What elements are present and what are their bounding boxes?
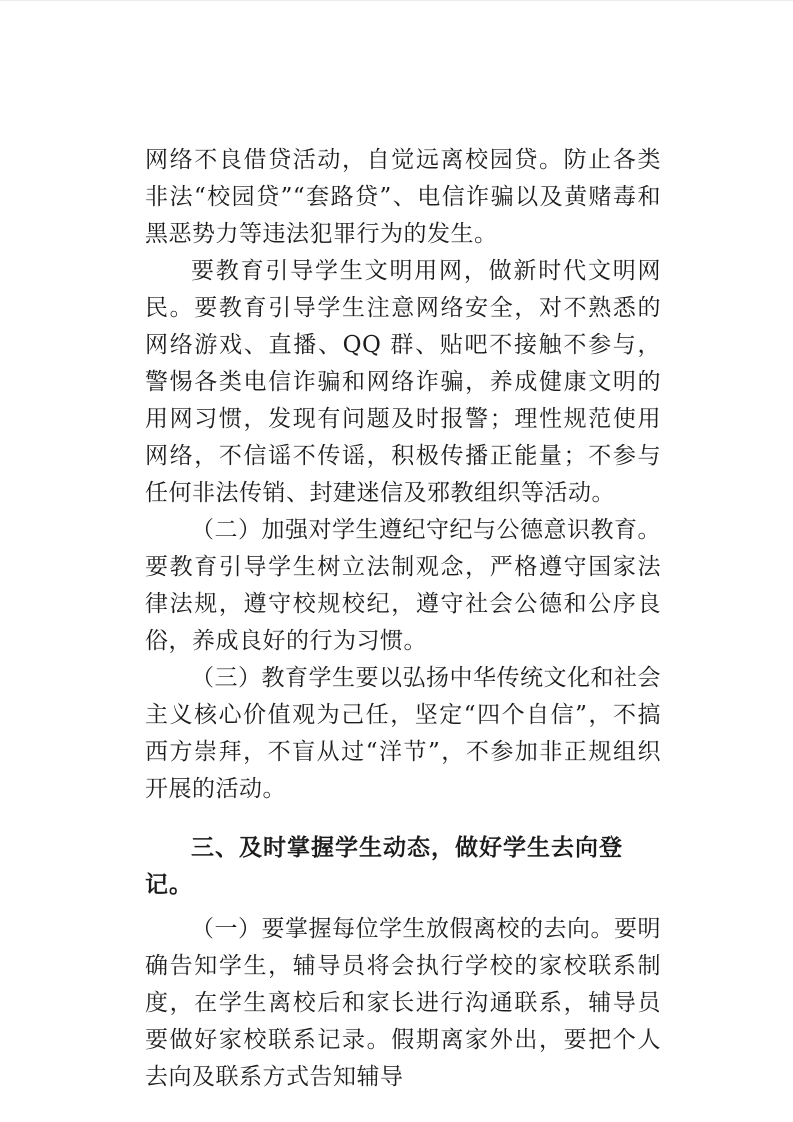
document-body: 网络不良借贷活动，自觉远离校园贷。防止各类非法“校园贷”“套路贷”、电信诈骗以及…: [145, 142, 661, 1096]
paragraph: （二）加强对学生遵纪守纪与公德意识教育。要教育引导学生树立法制观念，严格遵守国家…: [145, 512, 661, 660]
document-page: 网络不良借贷活动，自觉远离校园贷。防止各类非法“校园贷”“套路贷”、电信诈骗以及…: [0, 0, 793, 1122]
paragraph: 网络不良借贷活动，自觉远离校园贷。防止各类非法“校园贷”“套路贷”、电信诈骗以及…: [145, 142, 661, 253]
section-heading: 三、及时掌握学生动态，做好学生去向登记。: [145, 830, 661, 904]
paragraph: 要教育引导学生文明用网，做新时代文明网民。要教育引导学生注意网络安全，对不熟悉的…: [145, 253, 661, 512]
paragraph: （一）要掌握每位学生放假离校的去向。要明确告知学生，辅导员将会执行学校的家校联系…: [145, 911, 661, 1096]
paragraph: （三）教育学生要以弘扬中华传统文化和社会主义核心价值观为己任，坚定“四个自信”，…: [145, 660, 661, 808]
